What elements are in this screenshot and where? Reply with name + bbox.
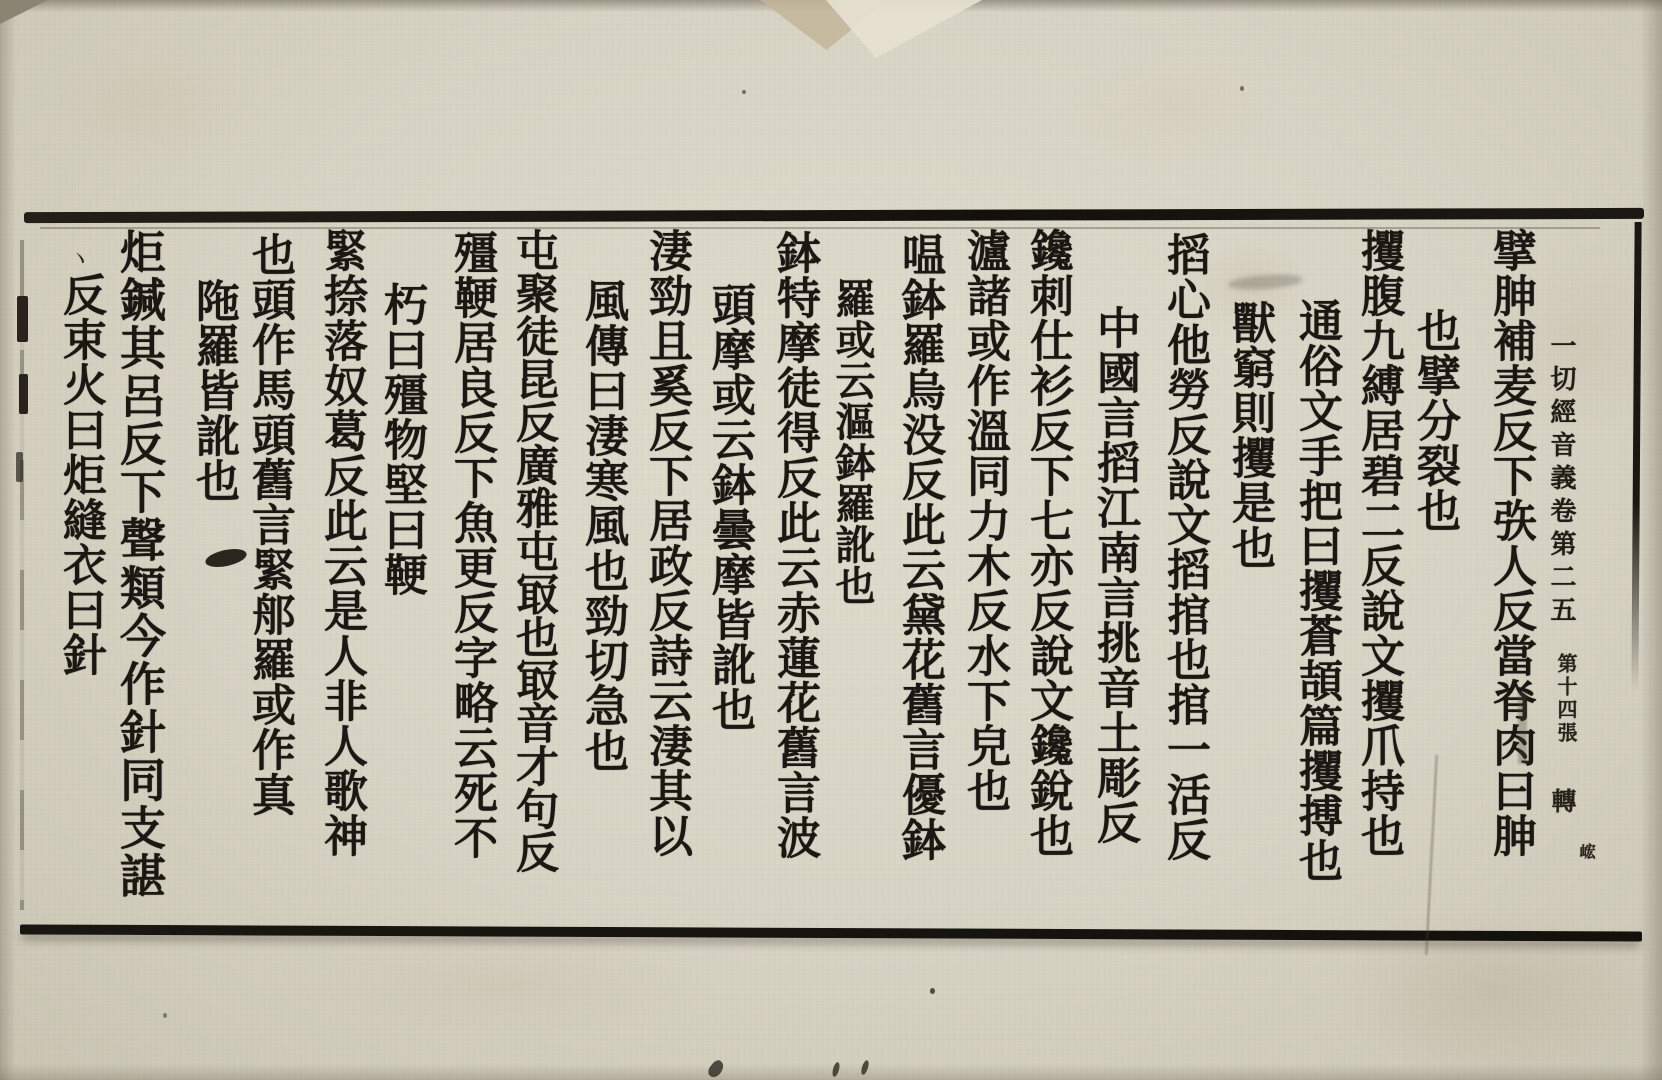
text-column: 風傳曰淒寒風也勁切急也 xyxy=(580,278,624,773)
sheet-number: 第十四張 xyxy=(1556,653,1576,745)
text-column: 頭摩或云鉢曇摩皆訛也 xyxy=(707,282,751,732)
text-column: 也擘分裂也 xyxy=(1412,308,1456,533)
text-column: 攫腹九縛居碧二反說文攫爪持也 xyxy=(1356,228,1400,858)
text-column: 殭鞕居良反下魚更反字略云死不 xyxy=(449,230,493,860)
ink-speck xyxy=(930,988,935,994)
ink-speck xyxy=(163,1013,167,1018)
left-border-fragment xyxy=(19,374,28,414)
text-column: 陁羅皆訛也 xyxy=(191,278,235,503)
text-column: 也頭作馬頭舊言緊郍羅或作真 xyxy=(247,232,291,817)
ink-speck xyxy=(742,90,746,94)
left-border-fragment xyxy=(17,296,28,342)
text-column: 反束火曰炬縫衣曰針 xyxy=(58,272,102,677)
ink-speck xyxy=(1240,86,1244,91)
faint-scribble xyxy=(1518,692,1527,764)
text-column: 淒勁且奚反下居政反詩云淒其以 xyxy=(644,228,688,858)
text-column: 通俗文手把曰攫蒼頡篇攫搏也 xyxy=(1294,298,1338,883)
text-column: 嗢鉢羅烏没反此云黛花舊言優鉢 xyxy=(897,232,941,862)
text-column: 羅或云漚鉢羅訛也 xyxy=(832,278,872,606)
text-column: 朽曰殭物堅曰鞕 xyxy=(379,282,423,597)
text-column: 緊捺落奴葛反此云是人非人歌神 xyxy=(319,228,363,858)
collation-mark: 峵 xyxy=(1578,843,1594,860)
volume-title: 一切經音義卷第二五 xyxy=(1548,332,1574,629)
text-column: 屯聚徒昆反廣雅屯冣也冣音才句反 xyxy=(512,228,555,873)
case-mark: 轉 xyxy=(1550,788,1575,813)
text-column: 中國言搯江南言挑音土彫反 xyxy=(1092,305,1136,845)
text-column: 瀘諸或作溫同力木反水下皃也 xyxy=(962,228,1006,813)
text-column: 搯心他勞反說文搯捾也捾一活反 xyxy=(1162,232,1206,862)
text-column: 獸窮則攫是也 xyxy=(1227,300,1271,570)
text-column: 鑱刺仕衫反下七亦反說文鑱銳也 xyxy=(1025,228,1069,858)
left-border-fragment xyxy=(16,452,23,482)
text-column: 炬鍼其呂反下聲類今作針同支諶 xyxy=(117,228,163,900)
text-column: 鉢特摩徒得反此云赤蓮花舊言波 xyxy=(772,230,816,860)
